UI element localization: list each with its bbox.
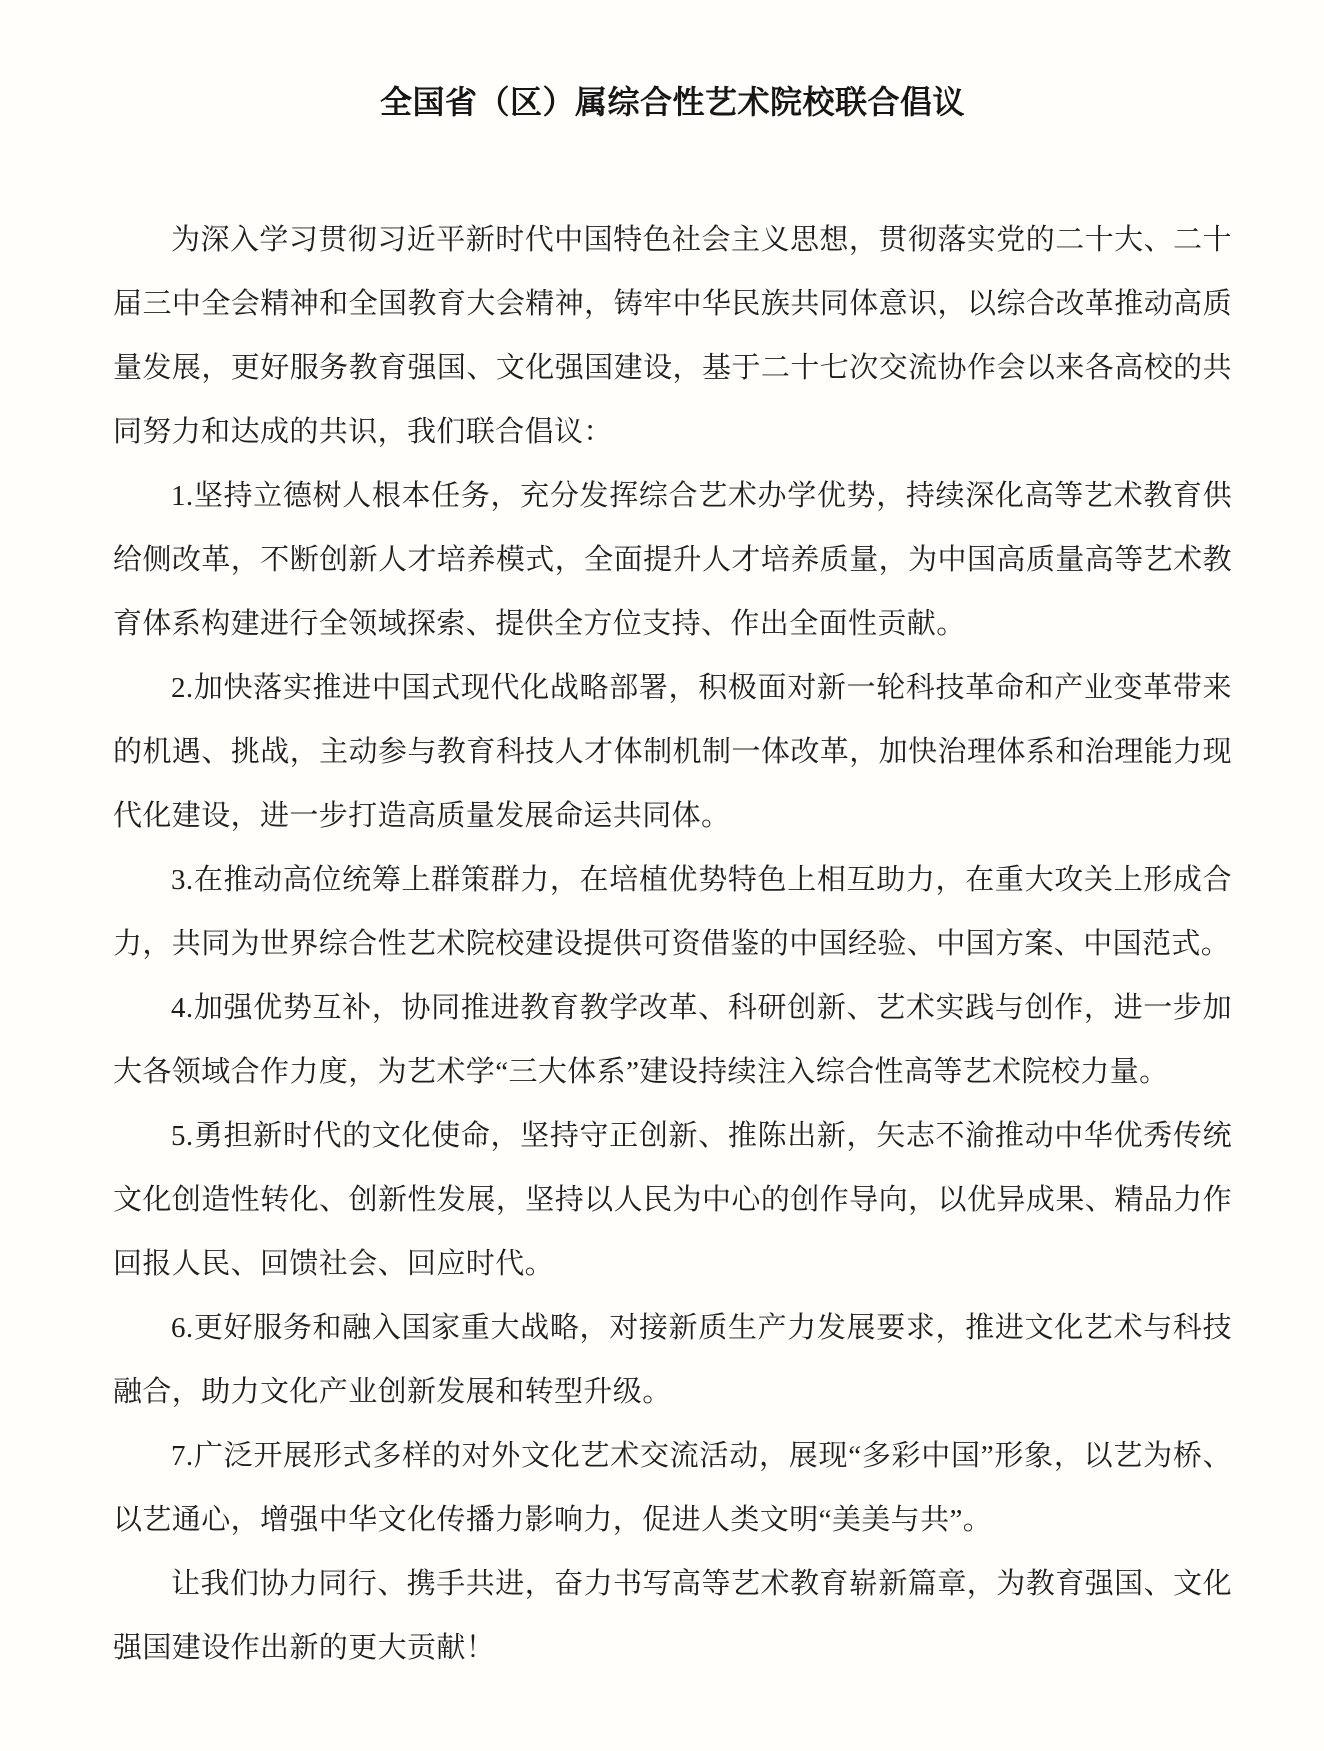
paragraph-item-2: 2.加快落实推进中国式现代化战略部署，积极面对新一轮科技革命和产业变革带来的机遇… — [113, 656, 1232, 848]
paragraph-item-1: 1.坚持立德树人根本任务，充分发挥综合艺术办学优势，持续深化高等艺术教育供给侧改… — [113, 464, 1232, 656]
paragraph-item-4: 4.加强优势互补，协同推进教育教学改革、科研创新、艺术实践与创作，进一步加大各领… — [113, 976, 1232, 1104]
paragraph-intro: 为深入学习贯彻习近平新时代中国特色社会主义思想，贯彻落实党的二十大、二十届三中全… — [113, 208, 1232, 464]
paragraph-closing: 让我们协力同行、携手共进，奋力书写高等艺术教育崭新篇章，为教育强国、文化强国建设… — [113, 1552, 1232, 1680]
paragraph-item-3: 3.在推动高位统筹上群策群力，在培植优势特色上相互助力，在重大攻关上形成合力，共… — [113, 848, 1232, 976]
document-title: 全国省（区）属综合性艺术院校联合倡议 — [113, 80, 1232, 124]
document-page: 全国省（区）属综合性艺术院校联合倡议 为深入学习贯彻习近平新时代中国特色社会主义… — [0, 0, 1324, 1751]
paragraph-item-5: 5.勇担新时代的文化使命，坚持守正创新、推陈出新，矢志不渝推动中华优秀传统文化创… — [113, 1104, 1232, 1296]
document-body: 为深入学习贯彻习近平新时代中国特色社会主义思想，贯彻落实党的二十大、二十届三中全… — [113, 208, 1232, 1680]
paragraph-item-7: 7.广泛开展形式多样的对外文化艺术交流活动，展现“多彩中国”形象，以艺为桥、以艺… — [113, 1424, 1232, 1552]
paragraph-item-6: 6.更好服务和融入国家重大战略，对接新质生产力发展要求，推进文化艺术与科技融合，… — [113, 1296, 1232, 1424]
